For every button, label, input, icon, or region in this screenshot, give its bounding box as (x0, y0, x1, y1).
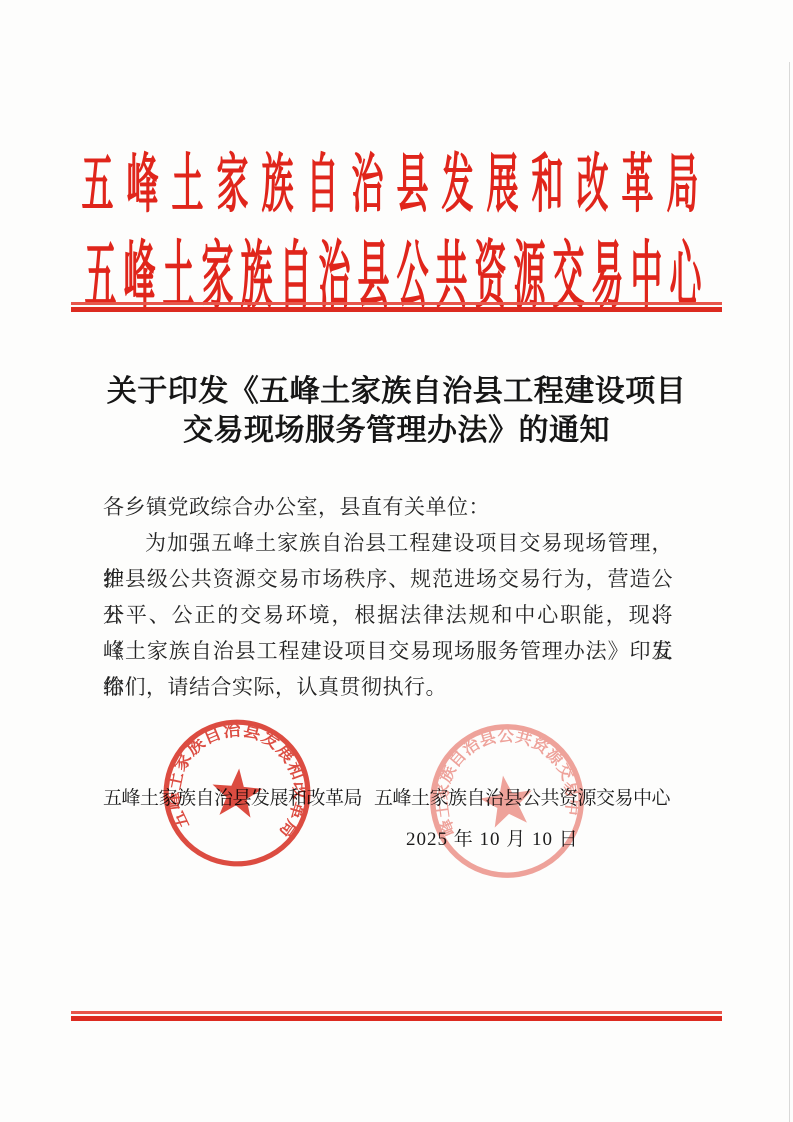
signature-right-org: 五峰土家族自治县公共资源交易中心 (374, 783, 670, 810)
footer-separator-rule (71, 1011, 722, 1021)
body-line: 护县级公共资源交易市场秩序、规范进场交易行为，营造公开、 (103, 561, 673, 597)
rule-thick-line (71, 1016, 722, 1021)
seal-curved-text: 五峰土家族自治县公共资源交易中心 (421, 715, 585, 840)
seal-curved-text: 五峰土家族自治县发展和改革局 (160, 713, 317, 844)
body-line: 公平、公正的交易环境，根据法律法规和中心职能，现将《五 (103, 597, 673, 633)
rule-thick-line (71, 307, 722, 312)
document-title-line2: 交易现场服务管理办法》的通知 (0, 411, 793, 450)
letterhead-org-line1: 五峰土家族自治县发展和改革局 (0, 134, 793, 226)
document-body: 各乡镇党政综合办公室，县直有关单位： 为加强五峰土家族自治县工程建设项目交易现场… (103, 489, 673, 705)
body-line: 峰土家族自治县工程建设项目交易现场服务管理办法》印发给 (103, 633, 673, 669)
body-line: 你们，请结合实际，认真贯彻执行。 (103, 669, 673, 705)
document-title-line1: 关于印发《五峰土家族自治县工程建设项目 (0, 372, 793, 411)
document-page: 五峰土家族自治县发展和改革局 五峰土家族自治县公共资源交易中心 关于印发《五峰土… (0, 0, 793, 1122)
document-title: 关于印发《五峰土家族自治县工程建设项目 交易现场服务管理办法》的通知 (0, 372, 793, 450)
document-date: 2025 年 10 月 10 日 (406, 824, 579, 851)
signature-left-org: 五峰土家族自治县发展和改革局 (103, 783, 362, 810)
salutation: 各乡镇党政综合办公室，县直有关单位： (103, 489, 673, 525)
header-separator-rule (71, 302, 722, 312)
body-line: 为加强五峰土家族自治县工程建设项目交易现场管理，维 (103, 525, 673, 561)
scan-page-edge (789, 62, 790, 1122)
